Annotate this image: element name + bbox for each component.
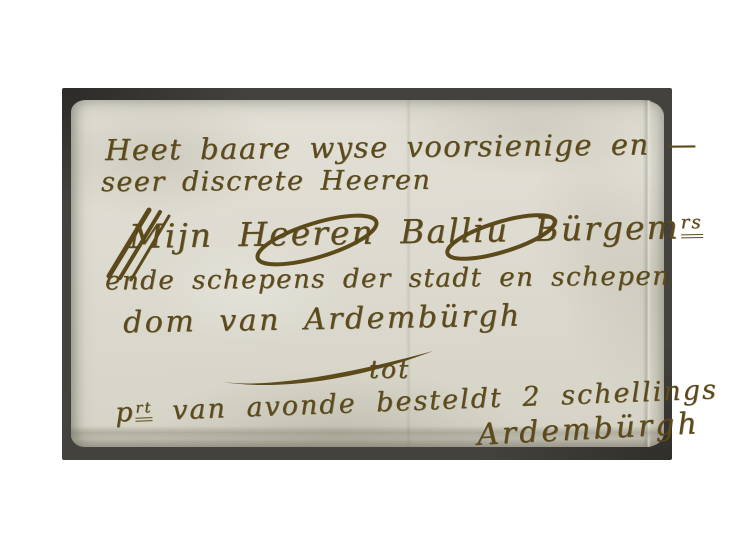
postage-prefix: p — [115, 397, 135, 429]
postage-superscript: rt — [135, 398, 153, 422]
letter-paper: Heet baare wyse voorsienige en — seer di… — [71, 100, 664, 447]
addressee-superscript: rs — [680, 212, 702, 238]
handwriting-addressee-line-3: dom van Ardembürgh — [123, 299, 522, 341]
letter-photo: Heet baare wyse voorsienige en — seer di… — [62, 88, 672, 460]
handwriting-addressee-line-2: ende schepens der stadt en schepen — [105, 262, 671, 297]
handwriting-destination-word: tot — [369, 355, 410, 384]
